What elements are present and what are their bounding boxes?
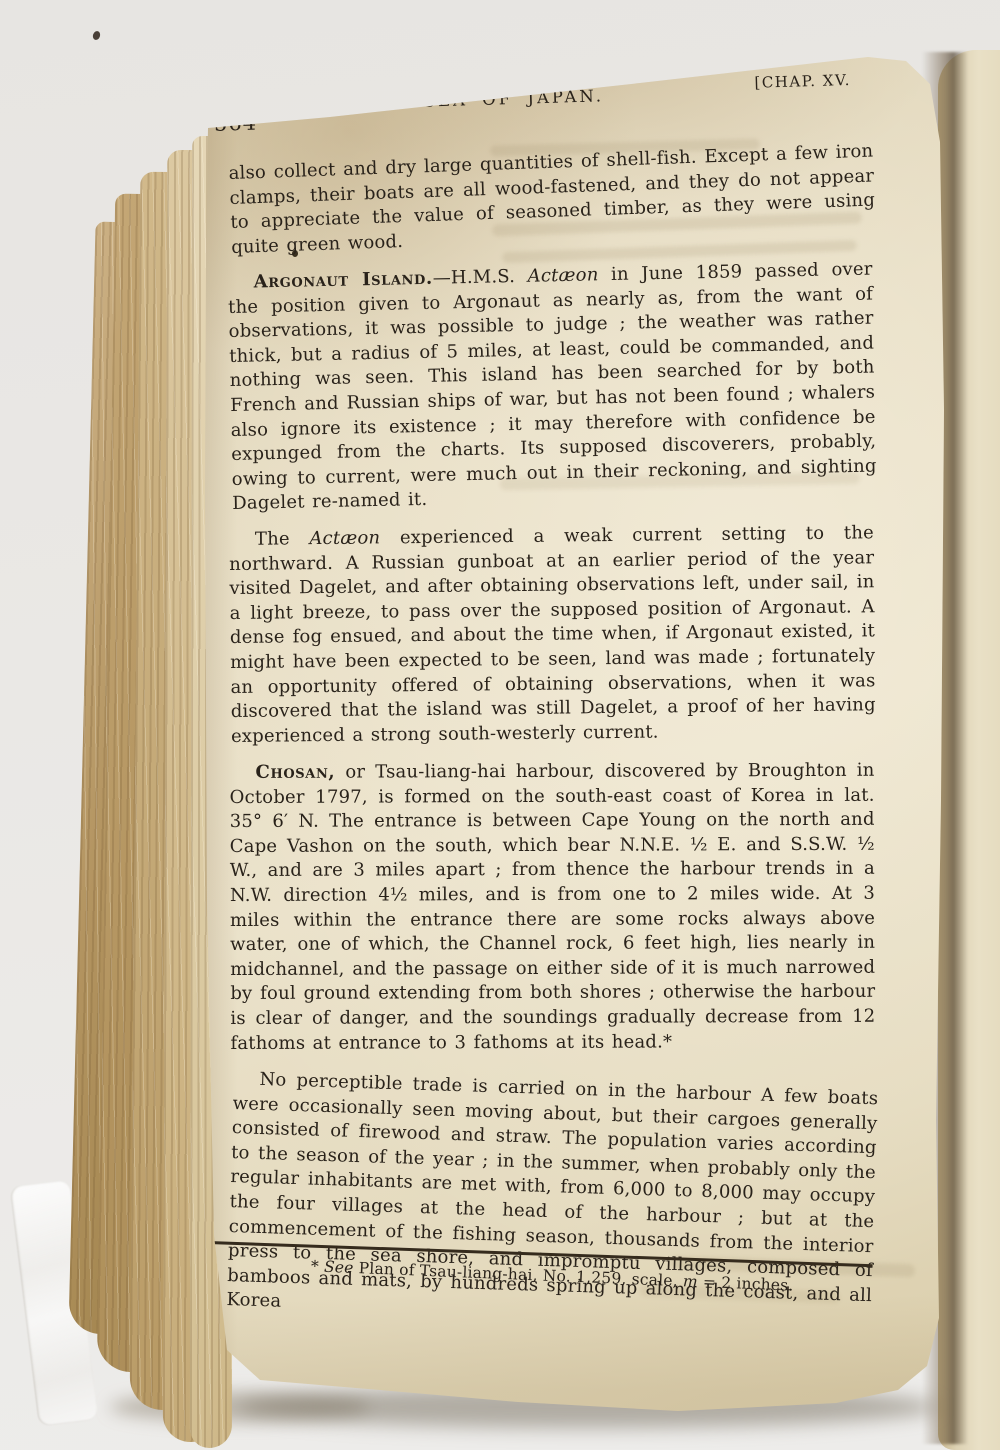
footnote-variable-m: m <box>683 1272 699 1291</box>
ship-name-actaeon: Actæon <box>527 265 598 287</box>
paragraph-argonaut-island: Argonaut Island.—H.M.S. Actæon in June 1… <box>227 258 877 517</box>
ship-name-actaeon: Actæon <box>309 528 380 550</box>
footnote-text: = 2 inches. <box>697 1273 793 1295</box>
paragraph-text: also collect and dry large quantities of… <box>228 141 875 258</box>
paragraph-actaeon-current: The Actæon experienced a weak current se… <box>229 522 876 750</box>
running-title: SEA OF JAPAN. <box>207 80 820 117</box>
footnote-see: See <box>324 1258 354 1277</box>
paragraph-text: —H.M.S. <box>433 266 528 289</box>
text-block: also collect and dry large quantities of… <box>230 162 875 1313</box>
chapter-label: [CHAP. XV. <box>754 71 851 92</box>
paragraph-text: or Tsau-liang-hai harbour, discovered by… <box>230 759 876 1053</box>
page-number: 564 <box>214 111 258 136</box>
section-lead-argonaut: Argonaut Island. <box>253 268 433 293</box>
paragraph-text: experienced a weak current setting to th… <box>229 523 876 747</box>
paragraph-text: in June 1859 passed over the position gi… <box>228 259 877 515</box>
book-page: 564 SEA OF JAPAN. [CHAP. XV. also collec… <box>200 50 948 1415</box>
background-speck <box>92 30 102 41</box>
paragraph-text: The <box>255 528 310 550</box>
footnote-star: * <box>311 1257 325 1276</box>
section-lead-chosan: Chosan, <box>255 761 335 782</box>
paragraph-shellfish: also collect and dry large quantities of… <box>228 140 876 261</box>
book-photo-scene: 564 SEA OF JAPAN. [CHAP. XV. also collec… <box>0 0 1000 1450</box>
paragraph-chosan: Chosan, or Tsau-liang-hai harbour, disco… <box>229 758 875 1055</box>
